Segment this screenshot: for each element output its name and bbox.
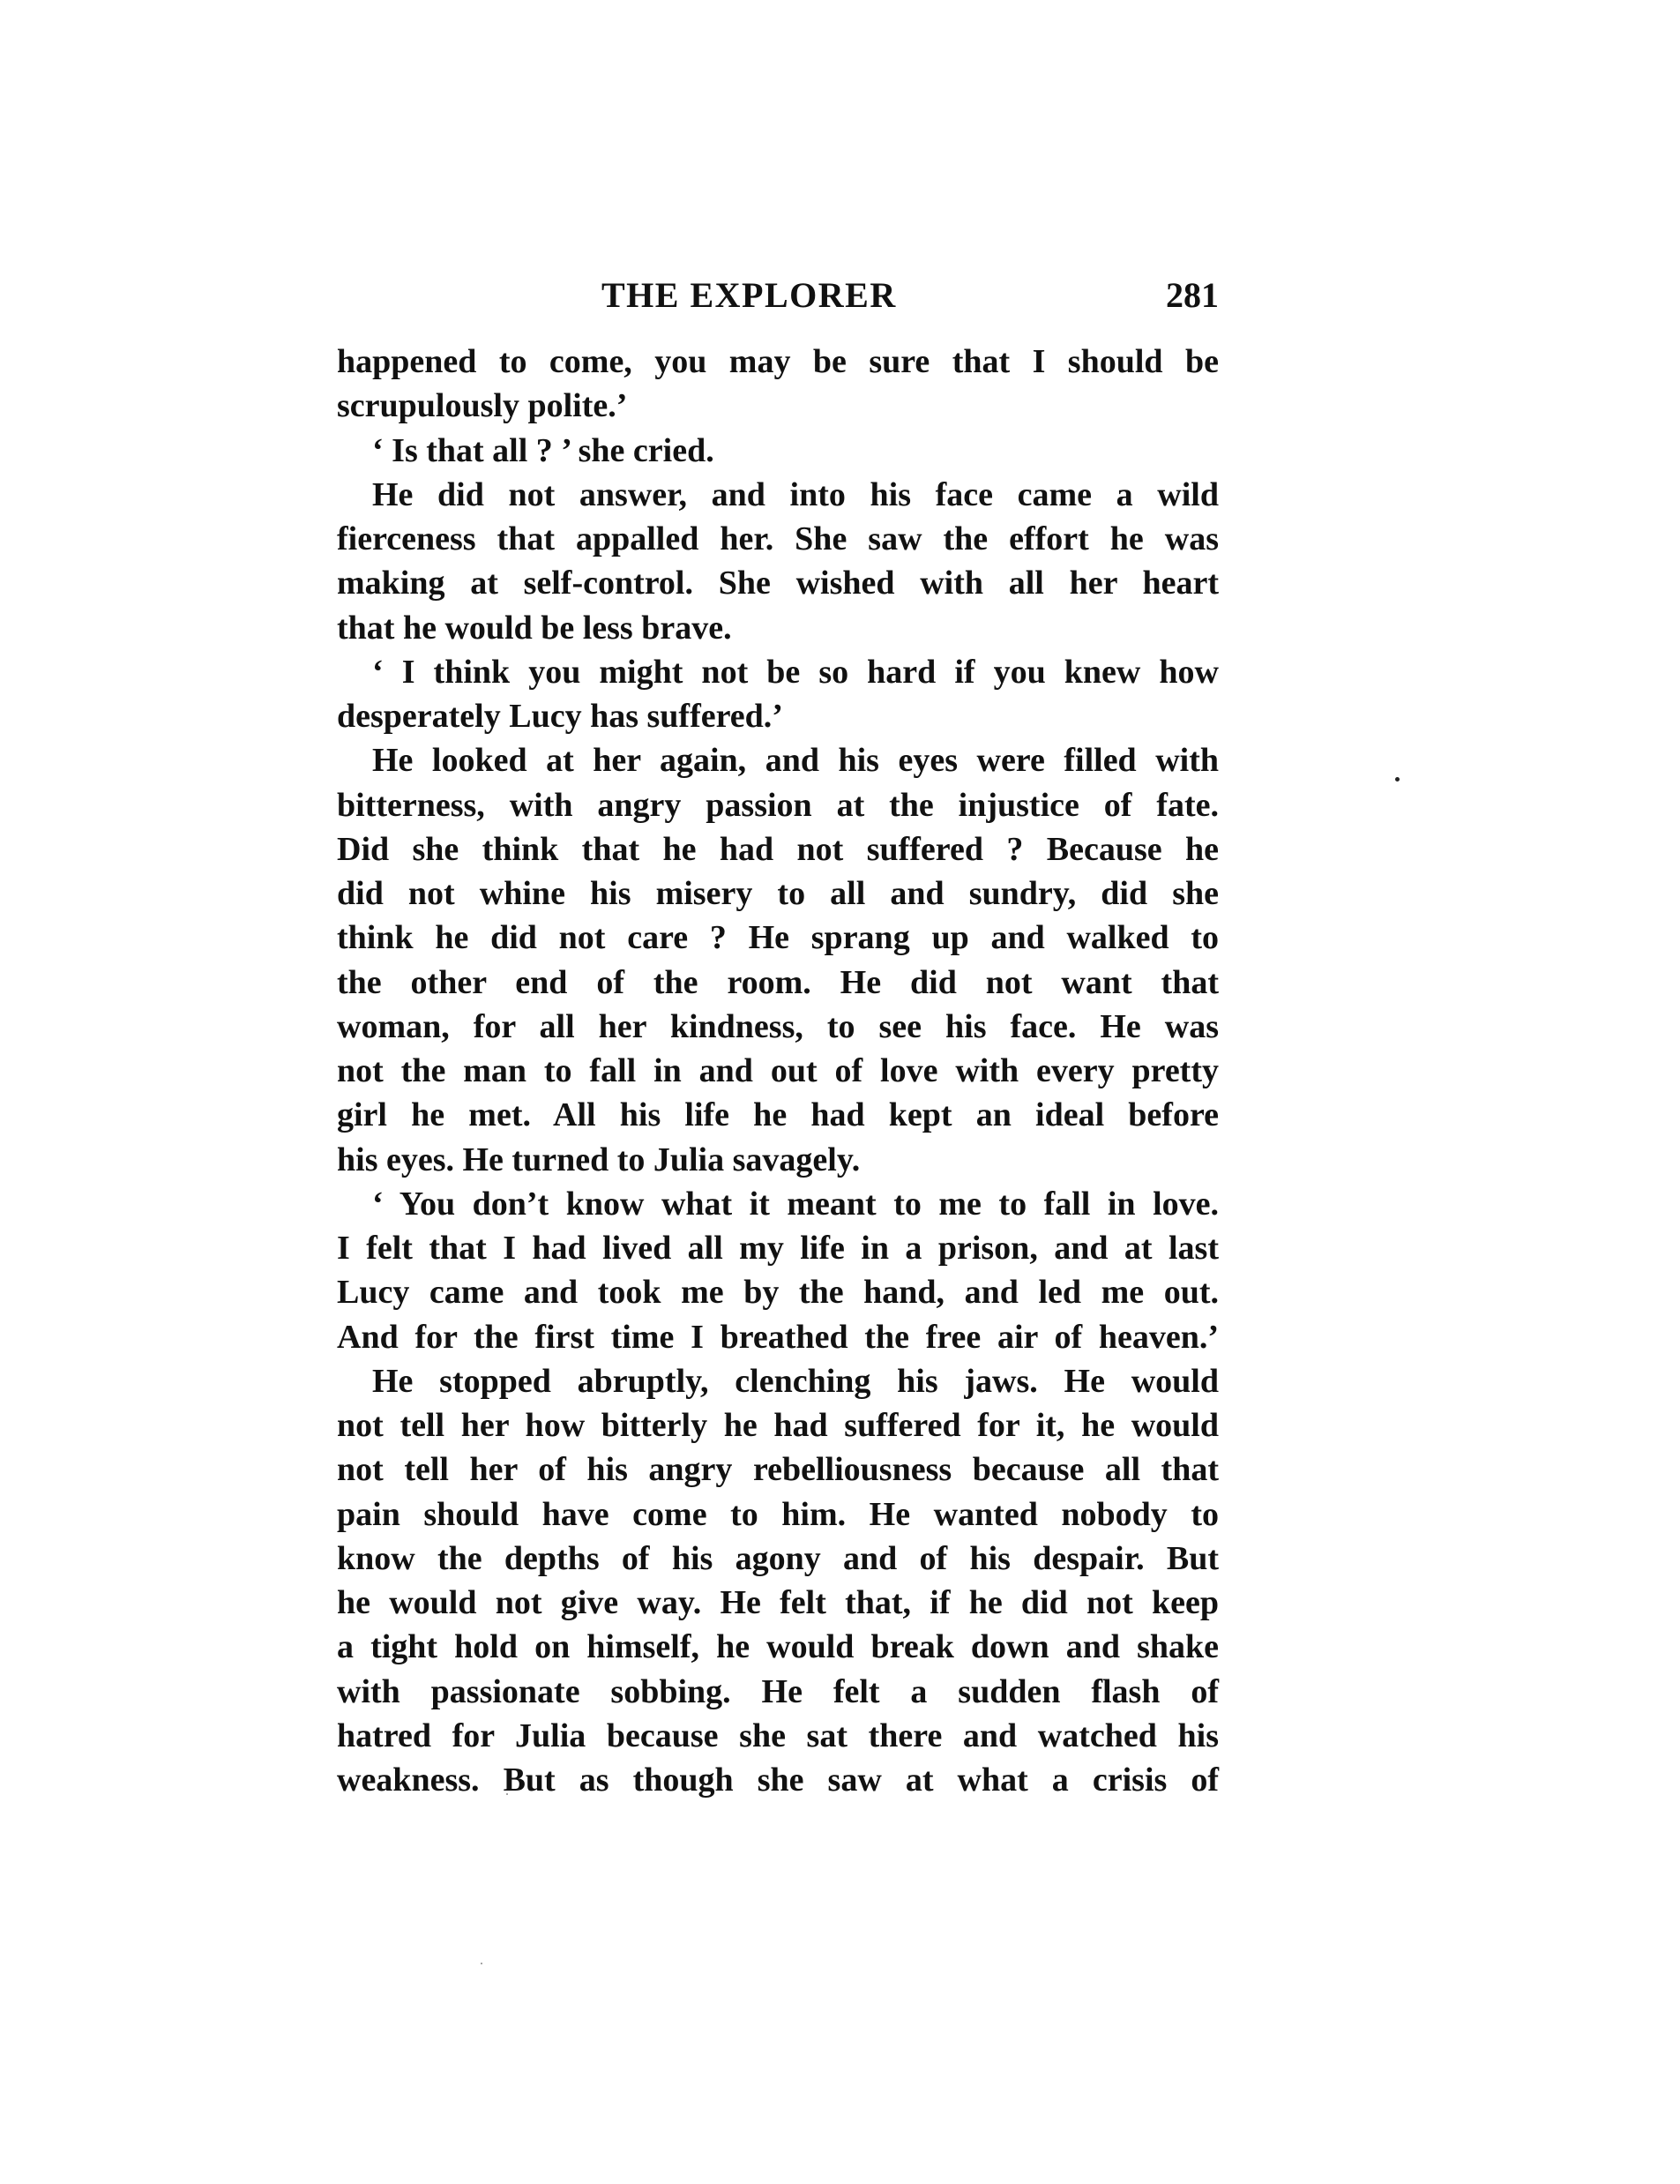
- text-line: Did she think that he had not suffered ?…: [337, 827, 1219, 871]
- text-line: think he did not care ? He sprang up and…: [337, 916, 1219, 960]
- print-speck: [1395, 777, 1400, 782]
- text-line: Lucy came and took me by the hand, and l…: [337, 1270, 1219, 1314]
- print-speck: [506, 1793, 508, 1795]
- text-line: hatred for Julia because she sat there a…: [337, 1714, 1219, 1758]
- text-line: the other end of the room. He did not wa…: [337, 961, 1219, 1005]
- text-line: ‘ You don’t know what it meant to me to …: [337, 1182, 1219, 1226]
- text-line: weakness. But as though she saw at what …: [337, 1758, 1219, 1802]
- text-line: did not whine his misery to all and sund…: [337, 871, 1219, 916]
- text-line: that he would be less brave.: [337, 606, 1219, 650]
- text-line: he would not give way. He felt that, if …: [337, 1581, 1219, 1625]
- text-line: fierceness that appalled her. She saw th…: [337, 517, 1219, 561]
- text-line: a tight hold on himself, he would break …: [337, 1625, 1219, 1669]
- text-line: I felt that I had lived all my life in a…: [337, 1226, 1219, 1270]
- text-line: And for the first time I breathed the fr…: [337, 1315, 1219, 1359]
- body-text: happened to come, you may be sure that I…: [337, 340, 1219, 1802]
- text-line: girl he met. All his life he had kept an…: [337, 1093, 1219, 1137]
- text-line: He stopped abruptly, clenching his jaws.…: [337, 1359, 1219, 1403]
- text-line: He looked at her again, and his eyes wer…: [337, 738, 1219, 782]
- print-speck: [481, 1963, 482, 1964]
- text-line: know the depths of his agony and of his …: [337, 1537, 1219, 1581]
- text-line: with passionate sobbing. He felt a sudde…: [337, 1670, 1219, 1714]
- text-line: his eyes. He turned to Julia savagely.: [337, 1138, 1219, 1182]
- text-line: not tell her of his angry rebelliousness…: [337, 1447, 1219, 1492]
- running-head: THE EXPLORER 281: [337, 273, 1219, 318]
- running-title: THE EXPLORER: [601, 273, 897, 318]
- text-line: happened to come, you may be sure that I…: [337, 340, 1219, 384]
- text-line: making at self-control. She wished with …: [337, 561, 1219, 605]
- text-line: woman, for all her kindness, to see his …: [337, 1005, 1219, 1049]
- text-line: bitterness, with angry passion at the in…: [337, 783, 1219, 827]
- text-line: ‘ I think you might not be so hard if yo…: [337, 650, 1219, 694]
- text-line: desperately Lucy has suffered.’: [337, 694, 1219, 738]
- text-line: not tell her how bitterly he had suffere…: [337, 1403, 1219, 1447]
- page-number: 281: [1166, 273, 1219, 318]
- text-line: He did not answer, and into his face cam…: [337, 473, 1219, 517]
- text-line: scrupulously polite.’: [337, 384, 1219, 428]
- text-line: ‘ Is that all ? ’ she cried.: [337, 429, 1219, 473]
- text-line: not the man to fall in and out of love w…: [337, 1049, 1219, 1093]
- book-page: THE EXPLORER 281 happened to come, you m…: [0, 0, 1680, 2184]
- text-line: pain should have come to him. He wanted …: [337, 1492, 1219, 1537]
